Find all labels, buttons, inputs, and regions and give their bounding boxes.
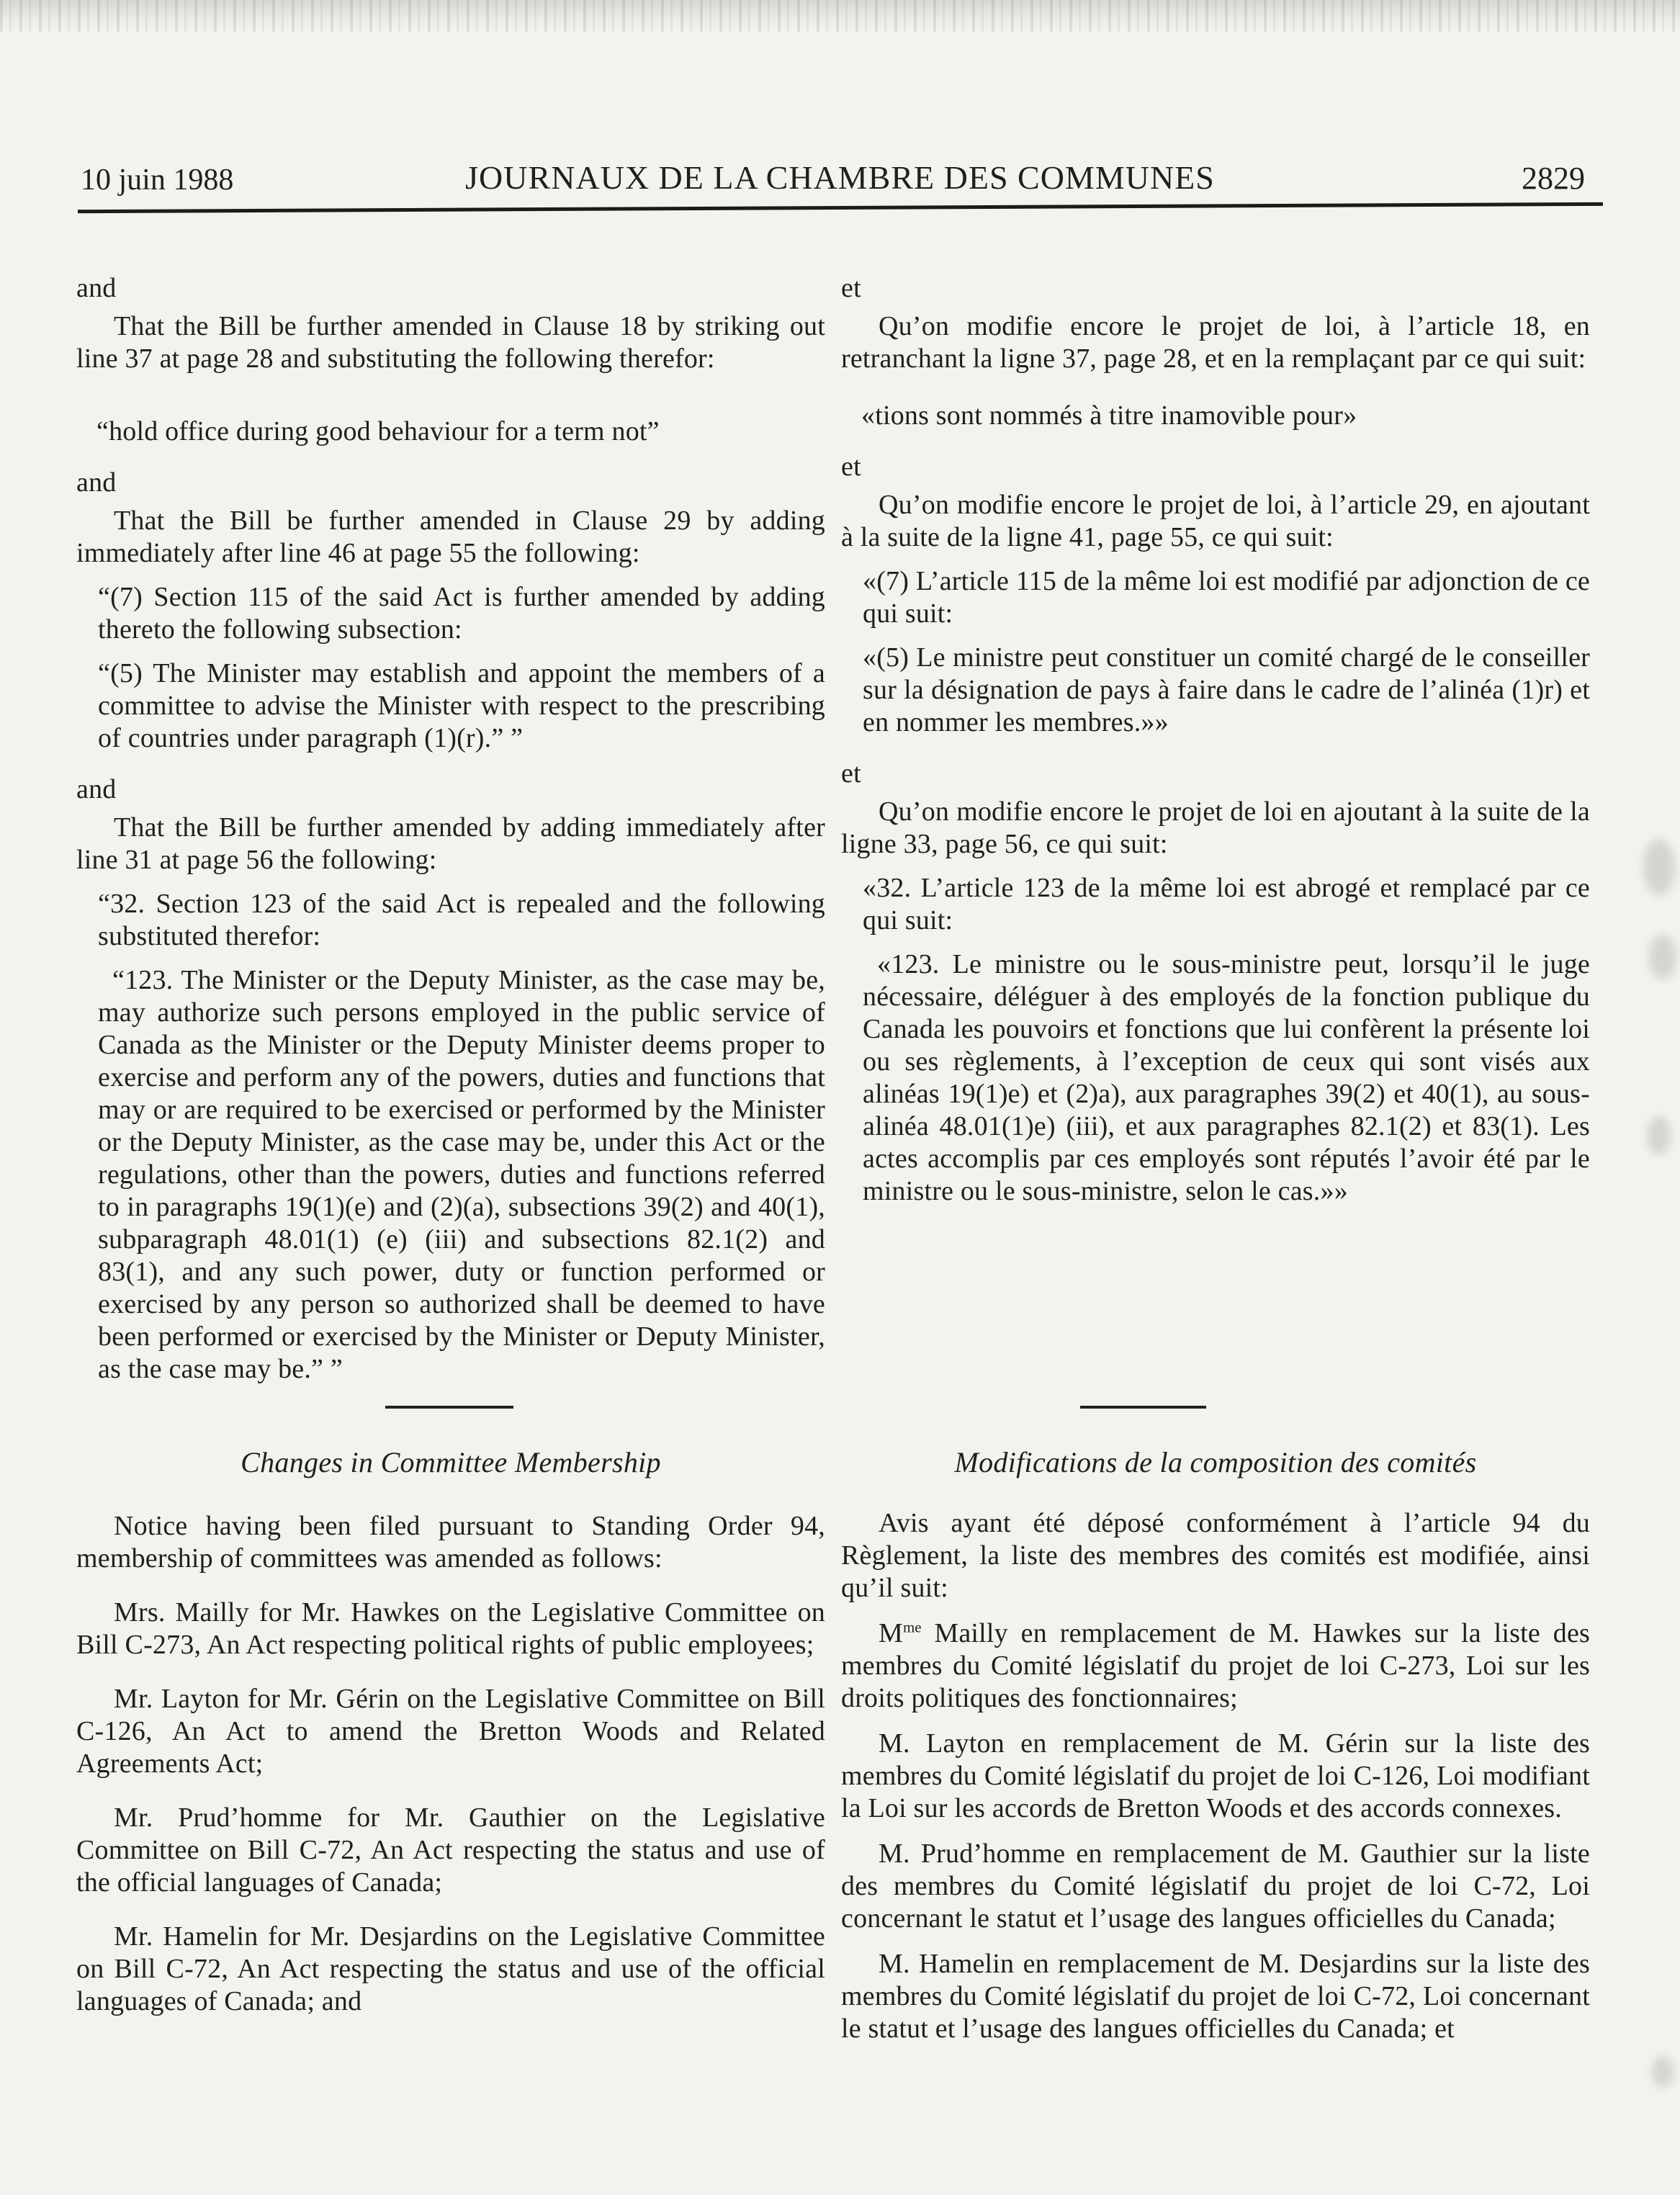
section-heading: Changes in Committee Membership <box>76 1446 825 1478</box>
amendment-paragraph: Qu’on modifie encore le projet de loi en… <box>841 796 1590 861</box>
quoted-section-123: “123. The Minister or the Deputy Ministe… <box>98 964 825 1386</box>
connector-word: and <box>76 773 825 806</box>
quoted-text: “hold office during good behaviour for a… <box>96 416 825 448</box>
quoted-subsection: “32. Section 123 of the said Act is repe… <box>98 888 825 953</box>
committee-membership-section-french: Modifications de la composition des comi… <box>841 1446 1590 2045</box>
honorific-superscript: me <box>903 1618 922 1635</box>
quoted-subsection: «(7) L’article 115 de la même loi est mo… <box>863 565 1590 630</box>
connector-word: and <box>76 272 825 305</box>
quoted-article-123: «123. Le ministre ou le sous-ministre pe… <box>863 948 1590 1208</box>
amendment-paragraph: That the Bill be further amended in Clau… <box>76 310 825 375</box>
amendment-paragraph: Qu’on modifie encore le projet de loi, à… <box>841 310 1590 375</box>
honorific-base: M <box>879 1618 903 1648</box>
header-title: JOURNAUX DE LA CHAMBRE DES COMMUNES <box>0 158 1680 197</box>
quoted-subsection: “(7) Section 115 of the said Act is furt… <box>98 581 825 646</box>
quoted-subsection: «32. L’article 123 de la même loi est ab… <box>863 872 1590 937</box>
membership-change-item: Mr. Prud’homme for Mr. Gauthier on the L… <box>76 1802 825 1899</box>
connector-word: et <box>841 758 1590 790</box>
connector-word: and <box>76 467 825 499</box>
membership-change-item: Mme Mailly en remplacement de M. Hawkes … <box>841 1617 1590 1715</box>
header-rule <box>78 202 1603 213</box>
amendment-paragraph: Qu’on modifie encore le projet de loi, à… <box>841 489 1590 554</box>
committee-membership-section-english: Changes in Committee Membership Notice h… <box>76 1446 825 2018</box>
section-heading: Modifications de la composition des comi… <box>841 1446 1590 1478</box>
membership-change-item: M. Hamelin en remplacement de M. Desjard… <box>841 1948 1590 2045</box>
amendment-paragraph: That the Bill be further amended in Clau… <box>76 505 825 570</box>
quoted-subsection: “(5) The Minister may establish and appo… <box>98 657 825 755</box>
membership-change-item: Mr. Layton for Mr. Gérin on the Legislat… <box>76 1683 825 1780</box>
section-divider-rule <box>1080 1406 1206 1409</box>
connector-word: et <box>841 272 1590 305</box>
amendment-paragraph: That the Bill be further amended by addi… <box>76 812 825 876</box>
section-intro: Notice having been filed pursuant to Sta… <box>76 1510 825 1575</box>
membership-change-item: Mr. Hamelin for Mr. Desjardins on the Le… <box>76 1921 825 2018</box>
membership-change-item: Mrs. Mailly for Mr. Hawkes on the Legisl… <box>76 1597 825 1661</box>
membership-change-item: M. Prud’homme en remplacement de M. Gaut… <box>841 1838 1590 1935</box>
journal-page: 10 juin 1988 JOURNAUX DE LA CHAMBRE DES … <box>0 0 1680 2195</box>
scan-artifact-smudge <box>1643 839 1675 895</box>
scan-artifact-smudge <box>1649 935 1676 979</box>
scan-artifact-smudge <box>1648 1116 1671 1155</box>
membership-change-item: M. Layton en remplacement de M. Gérin su… <box>841 1728 1590 1825</box>
header-page-number: 2829 <box>1522 160 1585 197</box>
section-intro: Avis ayant été déposé conformément à l’a… <box>841 1507 1590 1604</box>
membership-change-text: Mailly en remplacement de M. Hawkes sur … <box>841 1618 1590 1713</box>
quoted-text: «tions sont nommés à titre inamovible po… <box>861 400 1590 432</box>
quoted-subsection: «(5) Le ministre peut constituer un comi… <box>863 642 1590 739</box>
scan-artifact-top-band <box>0 0 1680 32</box>
section-divider-rule <box>385 1406 513 1409</box>
column-french: et Qu’on modifie encore le projet de loi… <box>841 272 1590 1208</box>
column-english: and That the Bill be further amended in … <box>76 272 825 1386</box>
connector-word: et <box>841 451 1590 483</box>
scan-artifact-smudge <box>1652 2056 1674 2088</box>
